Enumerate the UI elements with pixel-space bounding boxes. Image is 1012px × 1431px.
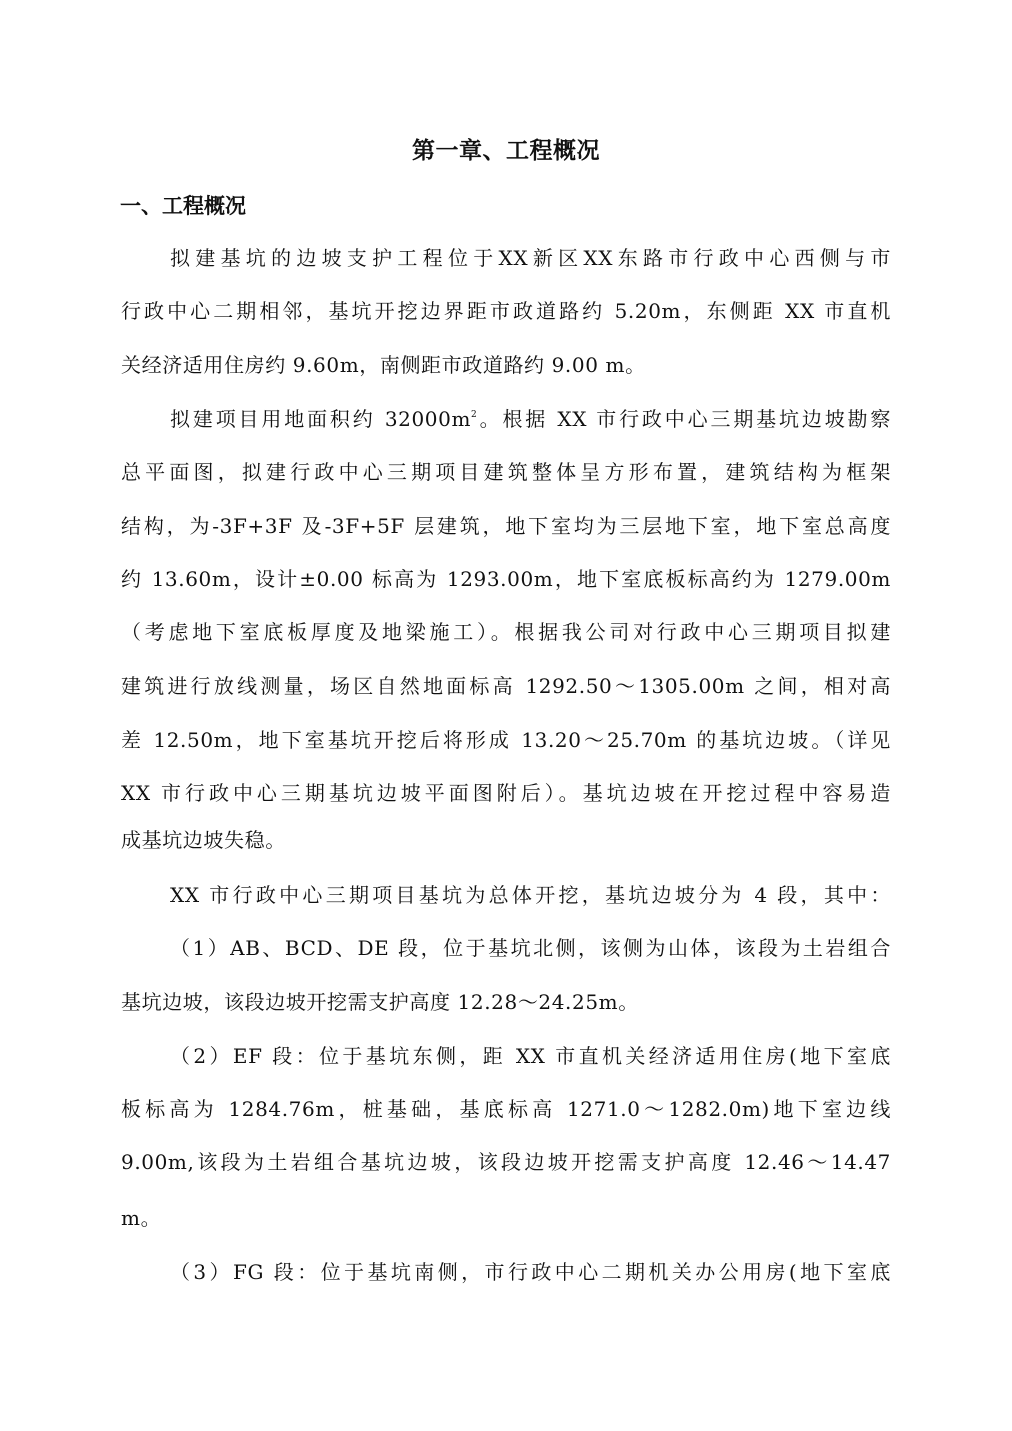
text-line: 结构，为-3F+3F 及-3F+5F 层建筑，地下室均为三层地下室，地下室总高度 <box>121 511 891 541</box>
text-line: 总平面图，拟建行政中心三期项目建筑整体呈方形布置，建筑结构为框架 <box>121 457 891 487</box>
text-line: XX 市行政中心三期项目基坑为总体开挖，基坑边坡分为 4 段，其中： <box>170 880 891 910</box>
text-line: 约 13.60m，设计±0.00 标高为 1293.00m，地下室底板标高约为 … <box>121 564 891 594</box>
text-line: （2）EF 段：位于基坑东侧，距 XX 市直机关经济适用住房(地下室底 <box>170 1041 891 1071</box>
text-line: （3）FG 段：位于基坑南侧，市行政中心二期机关办公用房(地下室底 <box>170 1257 891 1287</box>
text-line: （考虑地下室底板厚度及地梁施工）。根据我公司对行政中心三期项目拟建 <box>121 617 891 647</box>
text-line: 板标高为 1284.76m，桩基础，基底标高 1271.0～1282.0m)地下… <box>121 1094 891 1124</box>
document-page: 第一章、工程概况 一、工程概况 拟建基坑的边坡支护工程位于XX新区XX东路市行政… <box>0 0 1012 1431</box>
text-line: 9.00m,该段为土岩组合基坑边坡，该段边坡开挖需支护高度 12.46～14.4… <box>121 1147 891 1177</box>
text-line: 拟建项目用地面积约 32000m2。根据 XX 市行政中心三期基坑边坡勘察 <box>170 404 891 434</box>
text-line: m。 <box>121 1203 891 1233</box>
text-line: 行政中心二期相邻，基坑开挖边界距市政道路约 5.20m，东侧距 XX 市直机 <box>121 296 891 326</box>
text-line: 基坑边坡，该段边坡开挖需支护高度 12.28～24.25m。 <box>121 987 891 1017</box>
text-line: 成基坑边坡失稳。 <box>121 825 891 855</box>
text-line: 建筑进行放线测量，场区自然地面标高 1292.50～1305.00m 之间，相对… <box>121 671 891 701</box>
chapter-title: 第一章、工程概况 <box>0 133 1012 169</box>
text-line: （1）AB、BCD、DE 段，位于基坑北侧，该侧为山体，该段为土岩组合 <box>170 933 891 963</box>
text-line: 关经济适用住房约 9.60m，南侧距市政道路约 9.00 m。 <box>121 350 891 380</box>
text-line: XX 市行政中心三期基坑边坡平面图附后）。基坑边坡在开挖过程中容易造 <box>121 778 891 808</box>
section-title: 一、工程概况 <box>120 188 246 224</box>
text-line: 拟建基坑的边坡支护工程位于XX新区XX东路市行政中心西侧与市 <box>170 243 891 273</box>
text-run: 拟建项目用地面积约 32000m <box>170 407 471 431</box>
text-run: 。根据 XX 市行政中心三期基坑边坡勘察 <box>477 407 891 431</box>
text-line: 差 12.50m，地下室基坑开挖后将形成 13.20～25.70m 的基坑边坡。… <box>121 725 891 755</box>
